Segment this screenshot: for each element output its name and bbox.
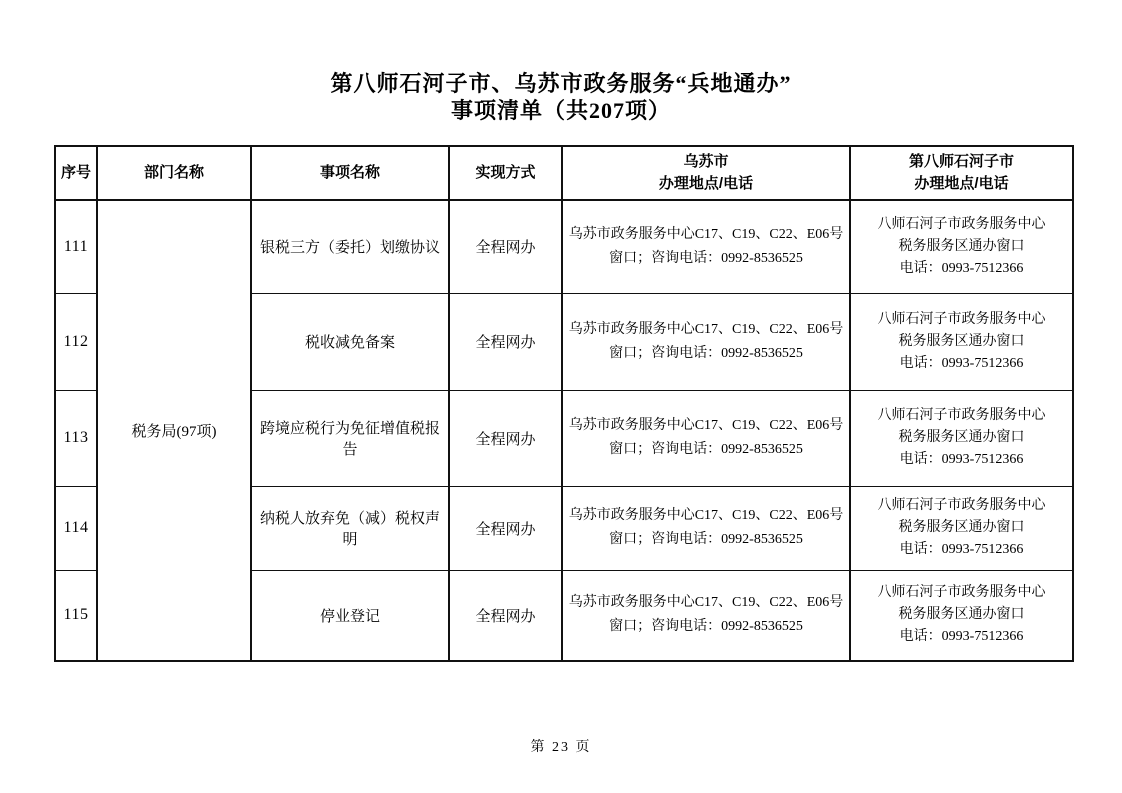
row-index: 114	[55, 486, 97, 570]
shihezi-contact-cell: 八师石河子市政务服务中心 税务服务区通办窗口 电话：0993-7512366	[850, 486, 1073, 570]
shihezi-contact-cell: 八师石河子市政务服务中心 税务服务区通办窗口 电话：0993-7512366	[850, 293, 1073, 390]
row-index: 115	[55, 570, 97, 661]
method-cell: 全程网办	[449, 293, 562, 390]
row-index: 113	[55, 390, 97, 486]
wusu-contact-cell: 乌苏市政务服务中心C17、C19、C22、E06号窗口；咨询电话：0992-85…	[562, 200, 850, 293]
service-items-table: 序号 部门名称 事项名称 实现方式 乌苏市 办理地点/电话 第八师石河子市 办理…	[54, 145, 1074, 662]
header-shihezi-contact: 第八师石河子市 办理地点/电话	[850, 146, 1073, 200]
page-title-line1: 第八师石河子市、乌苏市政务服务“兵地通办”	[0, 70, 1122, 97]
shihezi-contact-cell: 八师石河子市政务服务中心 税务服务区通办窗口 电话：0993-7512366	[850, 200, 1073, 293]
header-item-name: 事项名称	[251, 146, 449, 200]
page-number: 第 23 页	[0, 736, 1122, 756]
page-title: 第八师石河子市、乌苏市政务服务“兵地通办” 事项清单（共207项）	[0, 70, 1122, 124]
wusu-contact-cell: 乌苏市政务服务中心C17、C19、C22、E06号窗口；咨询电话：0992-85…	[562, 486, 850, 570]
wusu-contact-cell: 乌苏市政务服务中心C17、C19、C22、E06号窗口；咨询电话：0992-85…	[562, 570, 850, 661]
header-wusu-contact: 乌苏市 办理地点/电话	[562, 146, 850, 200]
header-department: 部门名称	[97, 146, 251, 200]
item-name-cell: 跨境应税行为免征增值税报告	[251, 390, 449, 486]
item-name-cell: 银税三方（委托）划缴协议	[251, 200, 449, 293]
method-cell: 全程网办	[449, 486, 562, 570]
page-title-line2: 事项清单（共207项）	[0, 97, 1122, 124]
method-cell: 全程网办	[449, 200, 562, 293]
method-cell: 全程网办	[449, 570, 562, 661]
department-cell: 税务局(97项)	[97, 200, 251, 661]
header-index: 序号	[55, 146, 97, 200]
method-cell: 全程网办	[449, 390, 562, 486]
shihezi-contact-cell: 八师石河子市政务服务中心 税务服务区通办窗口 电话：0993-7512366	[850, 570, 1073, 661]
table-row: 111 税务局(97项) 银税三方（委托）划缴协议 全程网办 乌苏市政务服务中心…	[55, 200, 1073, 293]
item-name-cell: 纳税人放弃免（减）税权声明	[251, 486, 449, 570]
wusu-contact-cell: 乌苏市政务服务中心C17、C19、C22、E06号窗口；咨询电话：0992-85…	[562, 390, 850, 486]
header-method: 实现方式	[449, 146, 562, 200]
shihezi-contact-cell: 八师石河子市政务服务中心 税务服务区通办窗口 电话：0993-7512366	[850, 390, 1073, 486]
wusu-contact-cell: 乌苏市政务服务中心C17、C19、C22、E06号窗口；咨询电话：0992-85…	[562, 293, 850, 390]
row-index: 111	[55, 200, 97, 293]
row-index: 112	[55, 293, 97, 390]
item-name-cell: 税收减免备案	[251, 293, 449, 390]
table-header-row: 序号 部门名称 事项名称 实现方式 乌苏市 办理地点/电话 第八师石河子市 办理…	[55, 146, 1073, 200]
document-page: 第八师石河子市、乌苏市政务服务“兵地通办” 事项清单（共207项） 序号 部门名…	[0, 0, 1122, 793]
item-name-cell: 停业登记	[251, 570, 449, 661]
